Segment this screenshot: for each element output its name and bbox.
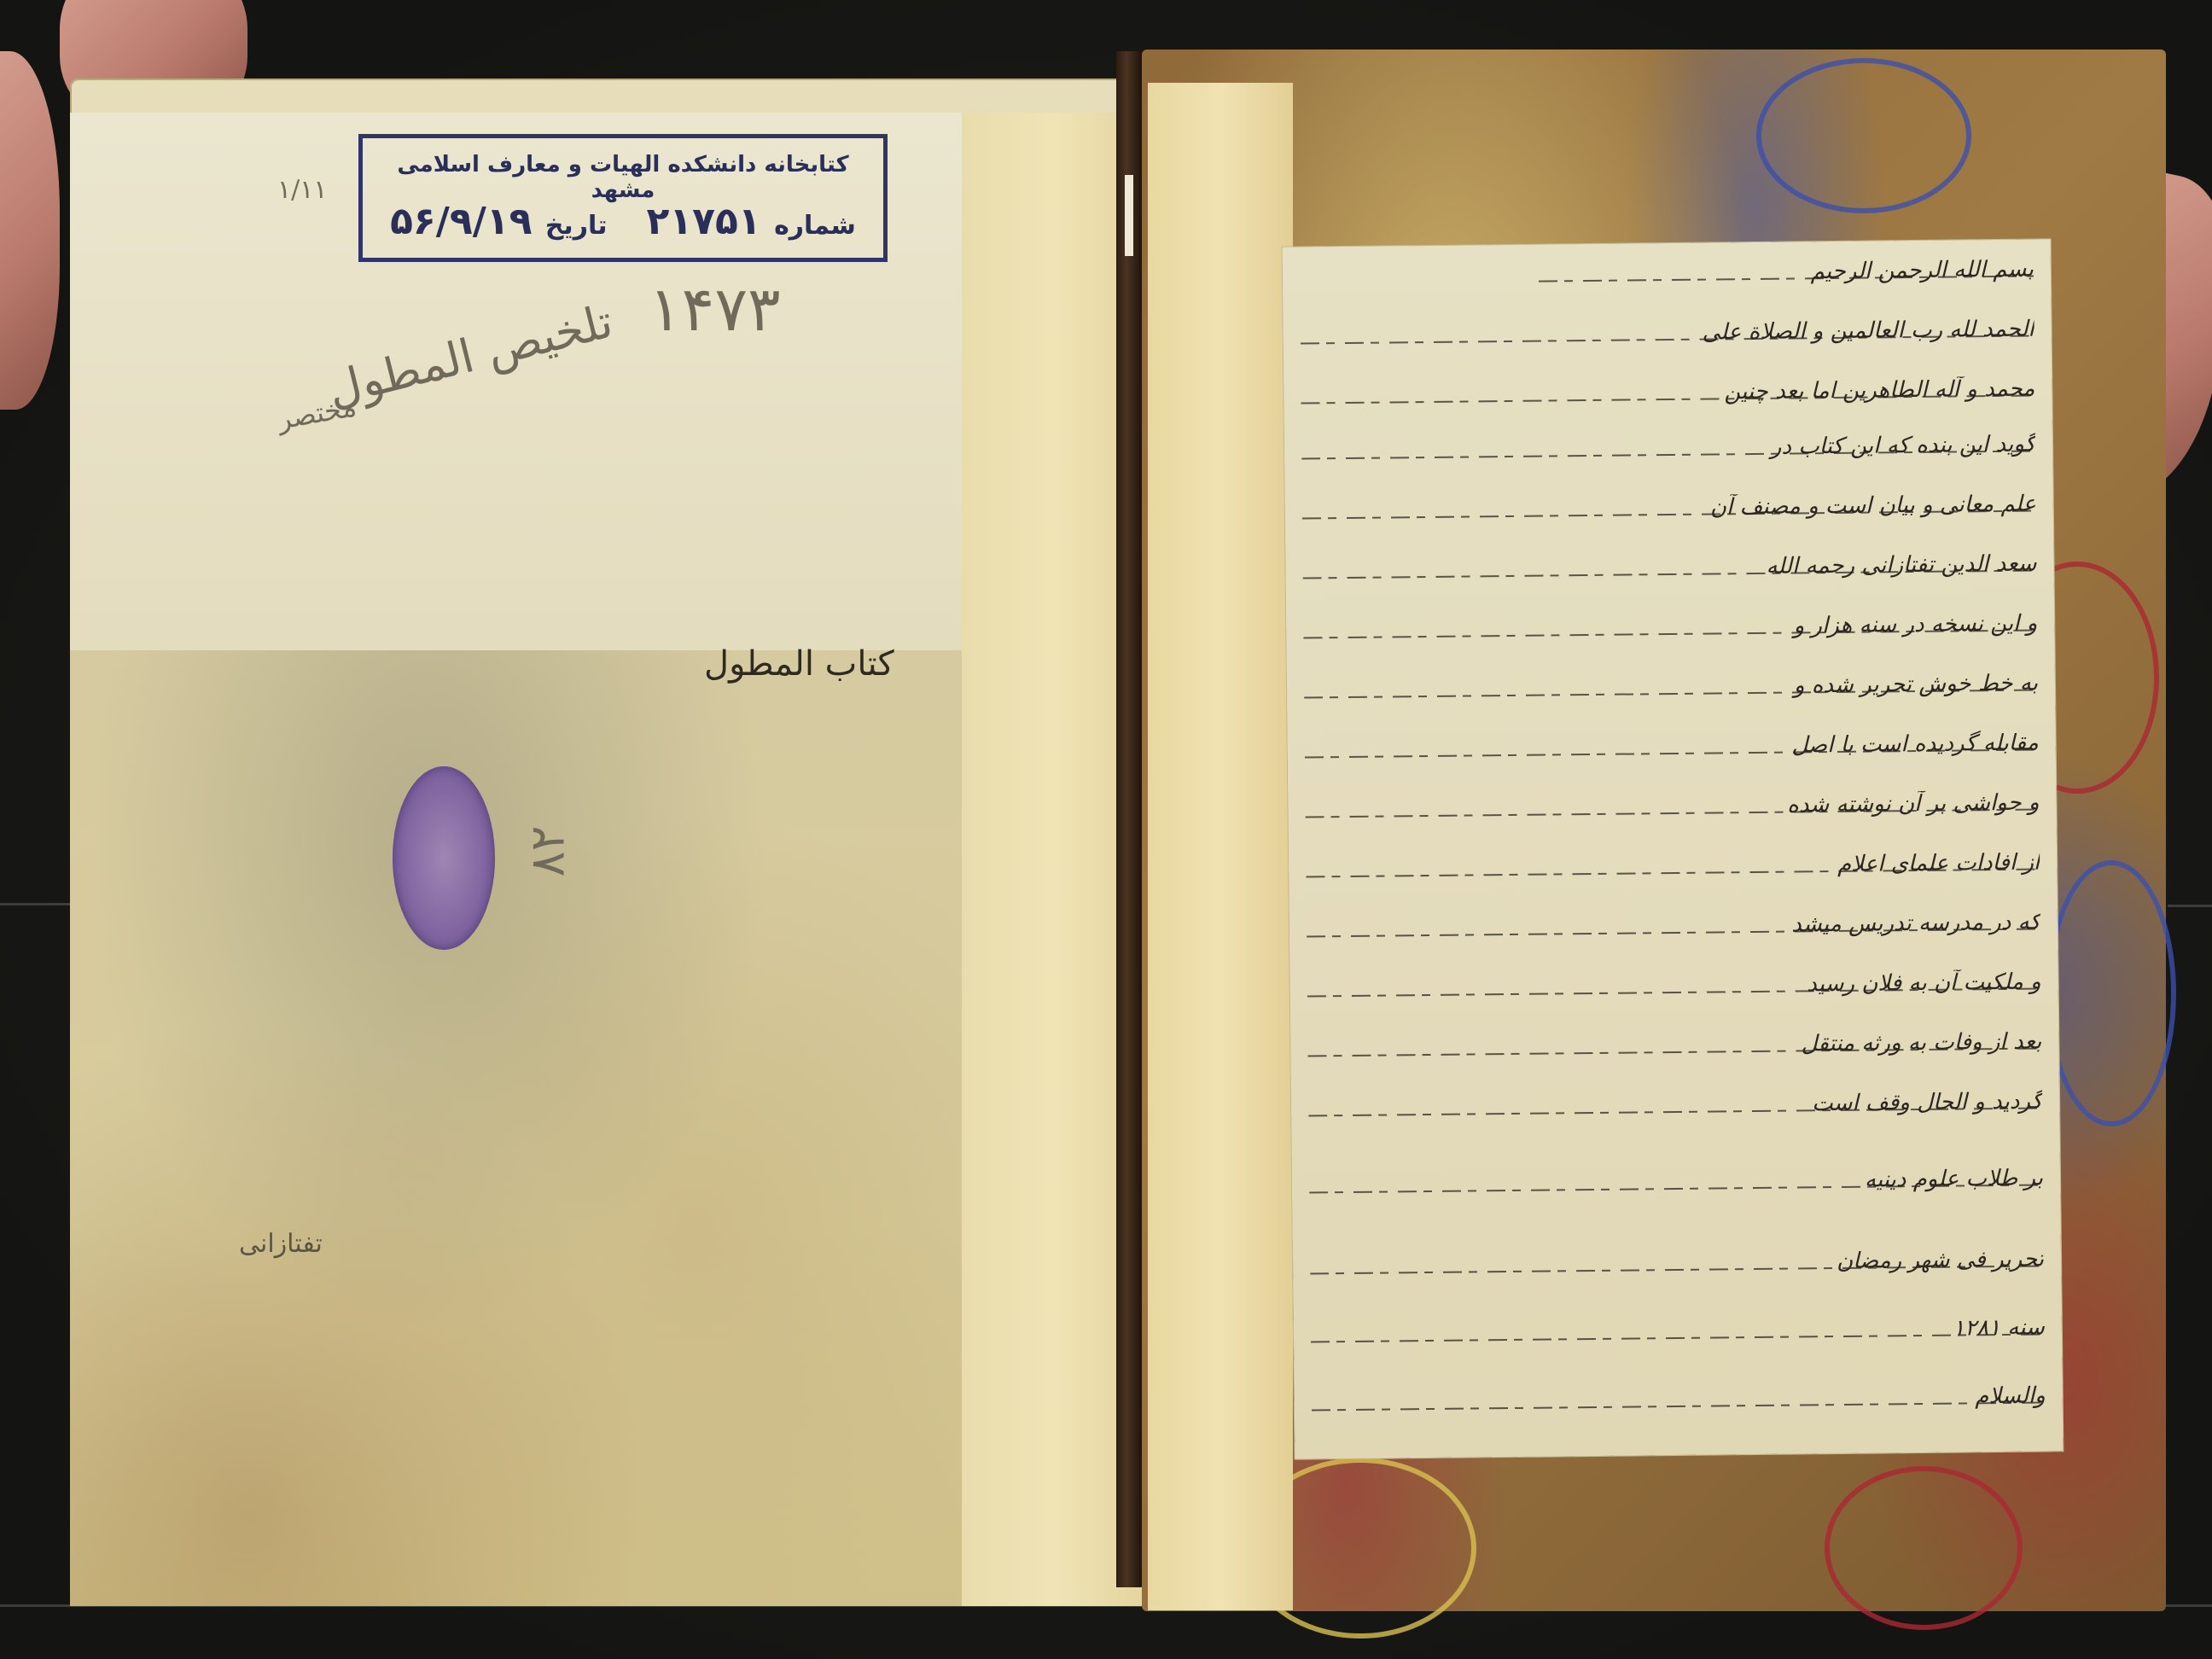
note-line: بسم الله الرحمن الرحیم <box>1539 257 2034 288</box>
right-guard-strip <box>1148 83 1293 1610</box>
note-line: بر طلاب علوم دینیه <box>1309 1165 2043 1198</box>
note-line: و ملکیت آن به فلان رسید <box>1307 969 2041 1002</box>
library-stamp: کتابخانه دانشکده الهیات و معارف اسلامی م… <box>358 134 888 262</box>
note-line: گردید و الحال وقف است <box>1308 1088 2042 1121</box>
stamp-accession-number: ۲۱۷۵۱ <box>646 200 760 243</box>
handwritten-note: بسم الله الرحمن الرحیم الحمد لله رب العا… <box>1283 239 2064 1458</box>
note-line: و حواشی بر آن نوشته شده <box>1305 790 2039 824</box>
note-line: علم معانی و بیان است و مصنف آن <box>1302 492 2036 525</box>
note-line: بعد از وفات به ورثه منتقل <box>1307 1028 2041 1062</box>
stamp-accession-line: شماره ۲۱۷۵۱ تاریخ ۵۶/۹/۱۹ <box>363 200 883 243</box>
stamp-date-label: تاریخ <box>545 211 608 241</box>
marble-vein <box>2046 860 2176 1126</box>
note-line: محمد و آله الطاهرین اما بعد چنین <box>1301 376 2034 410</box>
note-line: سنه ۱۲۸۱ <box>1311 1314 2045 1348</box>
book-spine <box>1116 51 1142 1587</box>
spine-gap <box>1125 175 1133 256</box>
stamp-library-name: کتابخانه دانشکده الهیات و معارف اسلامی م… <box>363 152 883 203</box>
ink-book-title: کتاب المطول <box>704 644 894 684</box>
note-line: به خط خوش تحریر شده و <box>1304 671 2038 704</box>
seal-number: ۸۲ <box>521 825 576 876</box>
lower-note: تفتازانی <box>239 1229 323 1259</box>
note-line: تحریر فی شهر رمضان <box>1310 1246 2044 1279</box>
marble-vein <box>1756 58 1971 213</box>
note-line: و این نسخه در سنه هزار و <box>1303 611 2037 644</box>
mat-grid-line <box>2168 905 2212 907</box>
note-line: مقابله گردیده است با اصل <box>1305 731 2039 764</box>
pencil-catalog-number: ۱۴۷۳ <box>649 273 781 345</box>
note-line: والسلام <box>1312 1382 2046 1416</box>
note-line: که در مدرسه تدریس میشد <box>1307 909 2040 942</box>
stamp-number-label: شماره <box>774 211 856 241</box>
margin-note-small: ۱/۱۱ <box>277 175 327 205</box>
marble-vein <box>1825 1466 2023 1630</box>
stained-endpaper <box>70 650 962 1606</box>
note-line: سعد الدین تفتازانی رحمه الله <box>1302 551 2036 585</box>
note-line: از افادات علمای اعلام <box>1306 849 2040 882</box>
mat-grid-line <box>0 903 70 905</box>
owner-seal <box>393 766 495 950</box>
note-line: گوید این بنده که این کتاب در <box>1301 432 2035 465</box>
note-line: الحمد لله رب العالمین و الصلاة علی <box>1301 317 2034 350</box>
stamp-date: ۵۶/۹/۱۹ <box>390 200 532 243</box>
